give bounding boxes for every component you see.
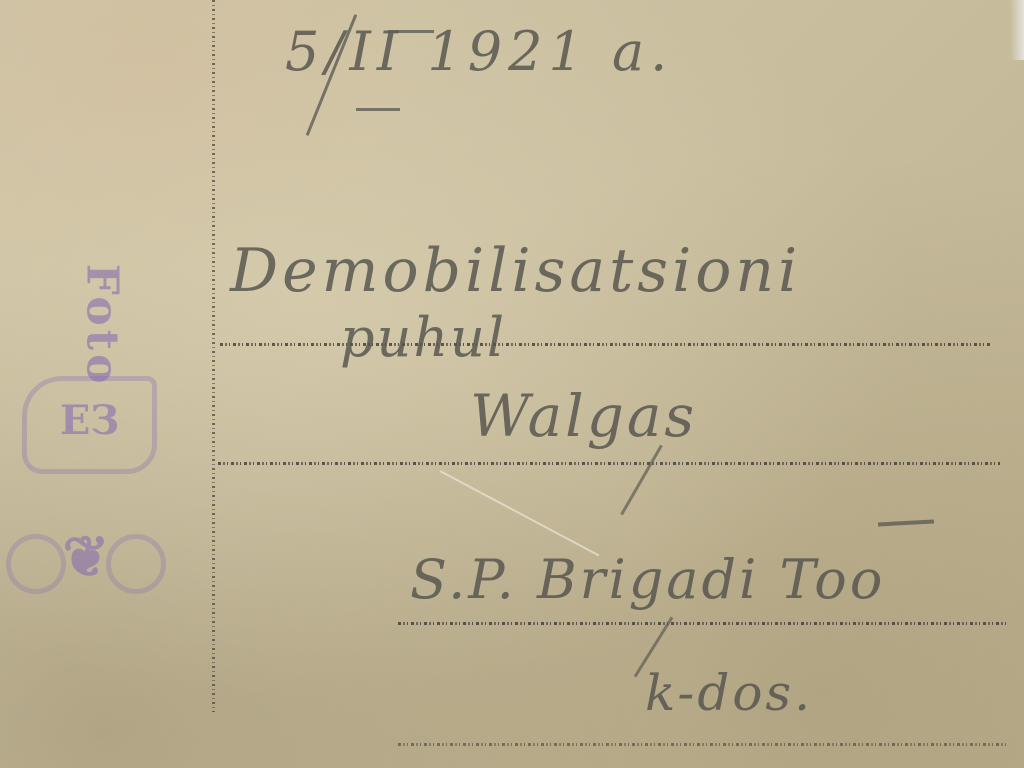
- handwritten-line-5: k-dos.: [645, 664, 813, 722]
- handwritten-line-1: Demobilisatsioni: [230, 236, 801, 306]
- vertical-dotted-divider: [212, 0, 215, 712]
- corner-background: [1010, 0, 1024, 60]
- address-line-1: [220, 343, 990, 346]
- handwritten-date: 5/II 1921 a.: [285, 20, 673, 83]
- photographer-stamp-text: Foto: [76, 264, 127, 388]
- date-roman-overbar: [388, 30, 434, 33]
- date-roman-underbar: [356, 108, 400, 111]
- photographer-stamp-monogram: ЕЗ: [22, 376, 157, 474]
- address-line-4: [398, 743, 1008, 746]
- handwritten-line-4: S.P. Brigadi Too: [410, 548, 885, 611]
- address-line-3: [398, 622, 1008, 625]
- handwritten-line-3: Walgas: [470, 382, 697, 450]
- address-line-2: [218, 462, 1000, 465]
- photographer-stamp-ornament: ❦: [6, 512, 166, 602]
- handwritten-line-2: puhul: [340, 306, 506, 369]
